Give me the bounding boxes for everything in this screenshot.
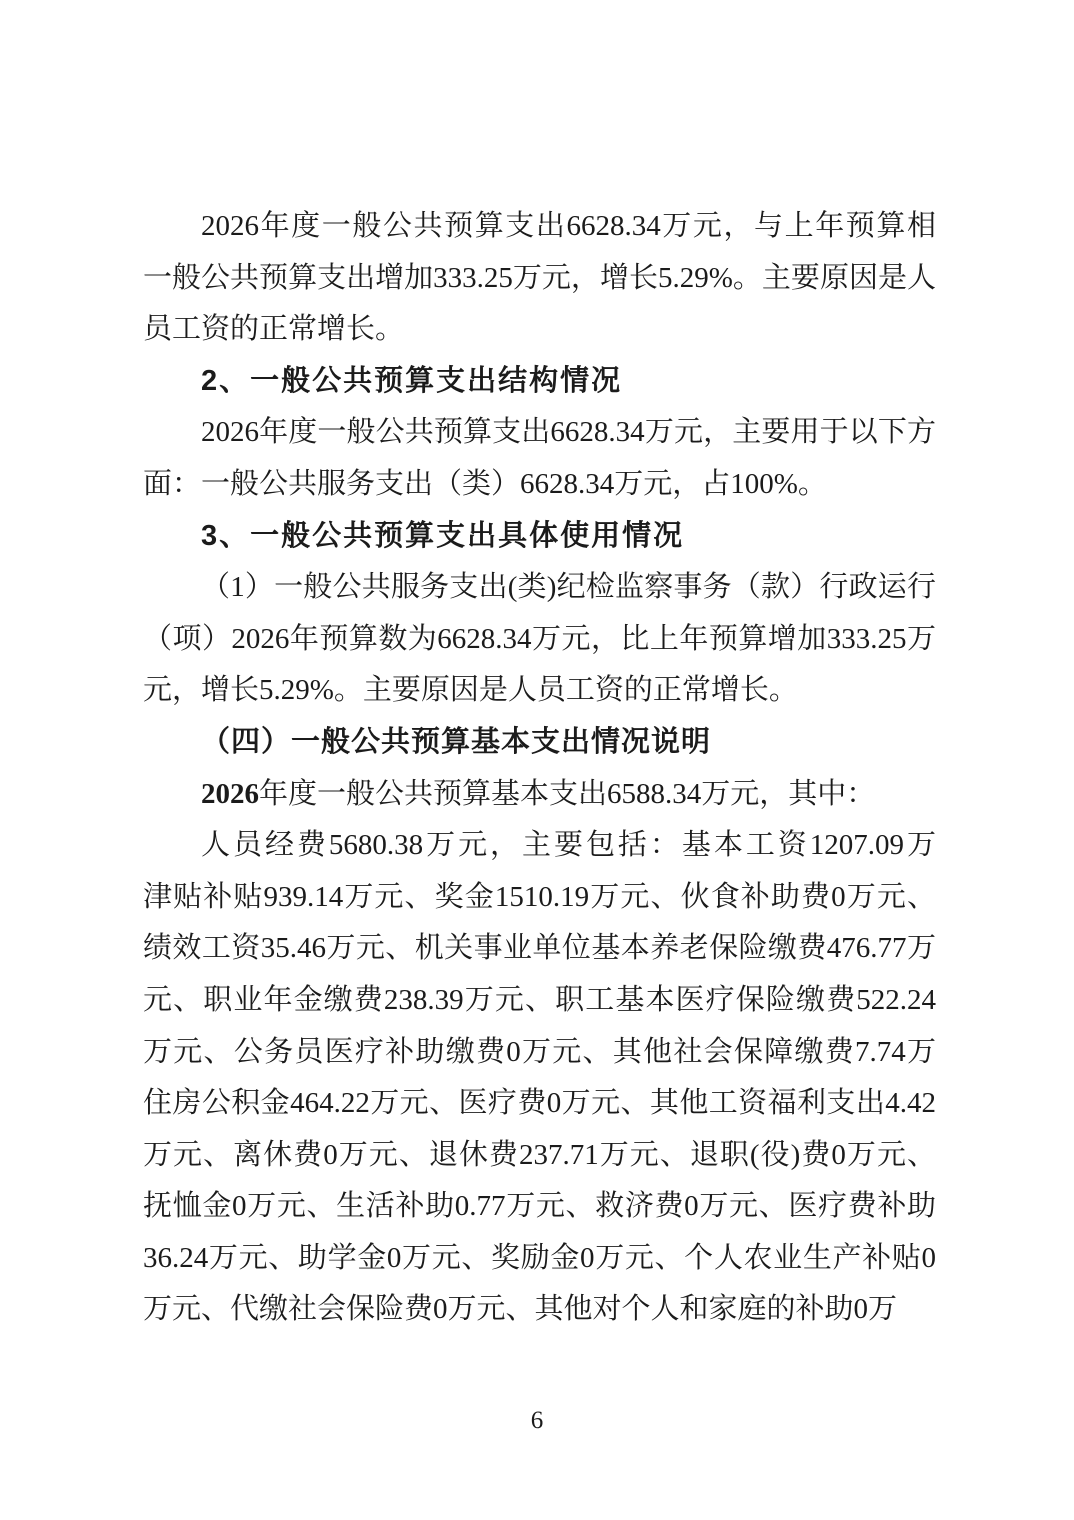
heading-basic-expenditure-note: （四）一般公共预算基本支出情况说明 <box>143 717 936 769</box>
text-run: 年度一般公共预算基本支出6588.34万元，其中： <box>259 778 875 810</box>
text-line: 3、一般公共预算支出具体使用情况 <box>143 511 936 563</box>
text-line: 2026年度一般公共预算支出6628.34万元，与上年预算相比， <box>143 201 936 253</box>
text-line: 住房公积金464.22万元、医疗费0万元、其他工资福利支出4.42 <box>143 1078 936 1130</box>
text-line: 2026年度一般公共预算基本支出6588.34万元，其中： <box>143 769 936 821</box>
para-expenditure-structure: 2026年度一般公共预算支出6628.34万元，主要用于以下方面：一般公共服务支… <box>143 407 936 510</box>
text-line: 万元、代缴社会保险费0万元、其他对个人和家庭的补助0万元。 <box>143 1284 936 1336</box>
text-line: （项）2026年预算数为6628.34万元，比上年预算增加333.25万 <box>143 614 936 666</box>
page-number: 6 <box>0 1406 1074 1436</box>
text-line: 津贴补贴939.14万元、奖金1510.19万元、伙食补助费0万元、 <box>143 872 936 924</box>
text-line: 2、一般公共预算支出结构情况 <box>143 356 936 408</box>
para-personnel-funds-detail: 人员经费5680.38万元，主要包括：基本工资1207.09万元、津贴补贴939… <box>143 820 936 1336</box>
bold-run: 2026 <box>201 778 259 810</box>
text-line: 绩效工资35.46万元、机关事业单位基本养老保险缴费476.77万 <box>143 923 936 975</box>
text-line: （四）一般公共预算基本支出情况说明 <box>143 717 936 769</box>
text-line: 万元、离休费0万元、退休费237.71万元、退职(役)费0万元、 <box>143 1130 936 1182</box>
para-budget-expenditure-comparison: 2026年度一般公共预算支出6628.34万元，与上年预算相比，一般公共预算支出… <box>143 201 936 356</box>
text-line: 2026年度一般公共预算支出6628.34万元，主要用于以下方 <box>143 407 936 459</box>
text-line: 人员经费5680.38万元，主要包括：基本工资1207.09万元、 <box>143 820 936 872</box>
document-page: 2026年度一般公共预算支出6628.34万元，与上年预算相比，一般公共预算支出… <box>0 0 1074 1520</box>
heading-expenditure-structure: 2、一般公共预算支出结构情况 <box>143 356 936 408</box>
para-basic-expenditure-total: 2026年度一般公共预算基本支出6588.34万元，其中： <box>143 769 936 821</box>
text-line: 抚恤金0万元、生活补助0.77万元、救济费0万元、医疗费补助 <box>143 1181 936 1233</box>
text-line: 员工资的正常增长。 <box>143 304 936 356</box>
document-body: 2026年度一般公共预算支出6628.34万元，与上年预算相比，一般公共预算支出… <box>143 201 936 1336</box>
text-line: 元，增长5.29%。主要原因是人员工资的正常增长。 <box>143 665 936 717</box>
text-line: 面：一般公共服务支出（类）6628.34万元，占100%。 <box>143 459 936 511</box>
text-line: 36.24万元、助学金0万元、奖励金0万元、个人农业生产补贴0 <box>143 1233 936 1285</box>
heading-expenditure-specific-usage: 3、一般公共预算支出具体使用情况 <box>143 511 936 563</box>
text-line: 一般公共预算支出增加333.25万元，增长5.29%。主要原因是人 <box>143 253 936 305</box>
text-line: （1）一般公共服务支出(类)纪检监察事务（款）行政运行 <box>143 562 936 614</box>
text-line: 元、职业年金缴费238.39万元、职工基本医疗保险缴费522.24 <box>143 975 936 1027</box>
text-line: 万元、公务员医疗补助缴费0万元、其他社会保障缴费7.74万元、 <box>143 1027 936 1079</box>
para-expenditure-specific-usage: （1）一般公共服务支出(类)纪检监察事务（款）行政运行（项）2026年预算数为6… <box>143 562 936 717</box>
